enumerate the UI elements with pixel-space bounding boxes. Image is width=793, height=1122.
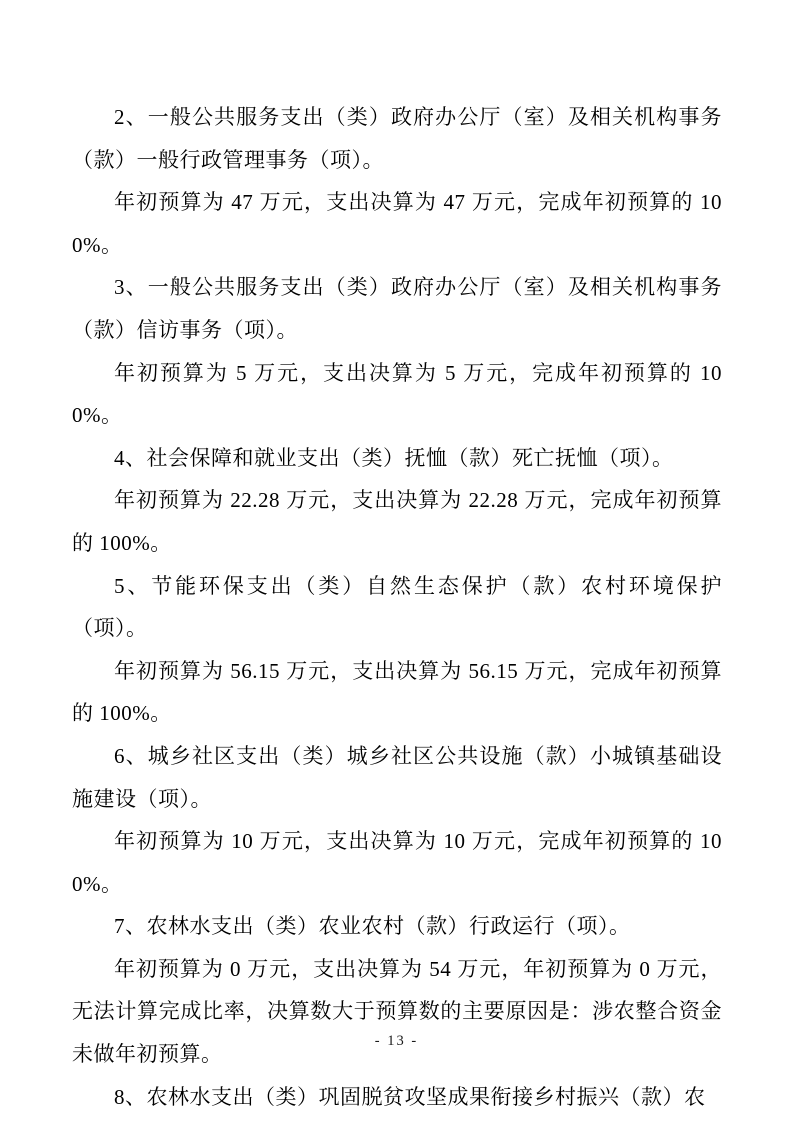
paragraph-item4-detail: 年初预算为 22.28 万元，支出决算为 22.28 万元，完成年初预算的 10… <box>72 479 722 564</box>
paragraph-item3-heading: 3、一般公共服务支出（类）政府办公厅（室）及相关机构事务（款）信访事务（项）。 <box>72 266 722 351</box>
paragraph-item7-heading: 7、农林水支出（类）农业农村（款）行政运行（项）。 <box>72 905 722 948</box>
paragraph-item2-heading: 2、一般公共服务支出（类）政府办公厅（室）及相关机构事务（款）一般行政管理事务（… <box>72 96 722 181</box>
paragraph-item6-heading: 6、城乡社区支出（类）城乡社区公共设施（款）小城镇基础设施建设（项）。 <box>72 735 722 820</box>
paragraph-item5-heading: 5、节能环保支出（类）自然生态保护（款）农村环境保护（项）。 <box>72 565 722 650</box>
document-page: 2、一般公共服务支出（类）政府办公厅（室）及相关机构事务（款）一般行政管理事务（… <box>0 0 793 1122</box>
paragraph-item5-detail: 年初预算为 56.15 万元，支出决算为 56.15 万元，完成年初预算的 10… <box>72 650 722 735</box>
paragraph-item2-detail: 年初预算为 47 万元，支出决算为 47 万元，完成年初预算的 100%。 <box>72 181 722 266</box>
paragraph-item7-detail: 年初预算为 0 万元，支出决算为 54 万元，年初预算为 0 万元，无法计算完成… <box>72 948 722 1076</box>
paragraph-item4-heading: 4、社会保障和就业支出（类）抚恤（款）死亡抚恤（项）。 <box>72 437 722 480</box>
document-body: 2、一般公共服务支出（类）政府办公厅（室）及相关机构事务（款）一般行政管理事务（… <box>72 96 722 1118</box>
page-number: - 13 - <box>0 1033 793 1050</box>
paragraph-item8-heading: 8、农林水支出（类）巩固脱贫攻坚成果衔接乡村振兴（款）农 <box>72 1076 722 1119</box>
paragraph-item6-detail: 年初预算为 10 万元，支出决算为 10 万元，完成年初预算的 100%。 <box>72 820 722 905</box>
paragraph-item3-detail: 年初预算为 5 万元，支出决算为 5 万元，完成年初预算的 100%。 <box>72 352 722 437</box>
